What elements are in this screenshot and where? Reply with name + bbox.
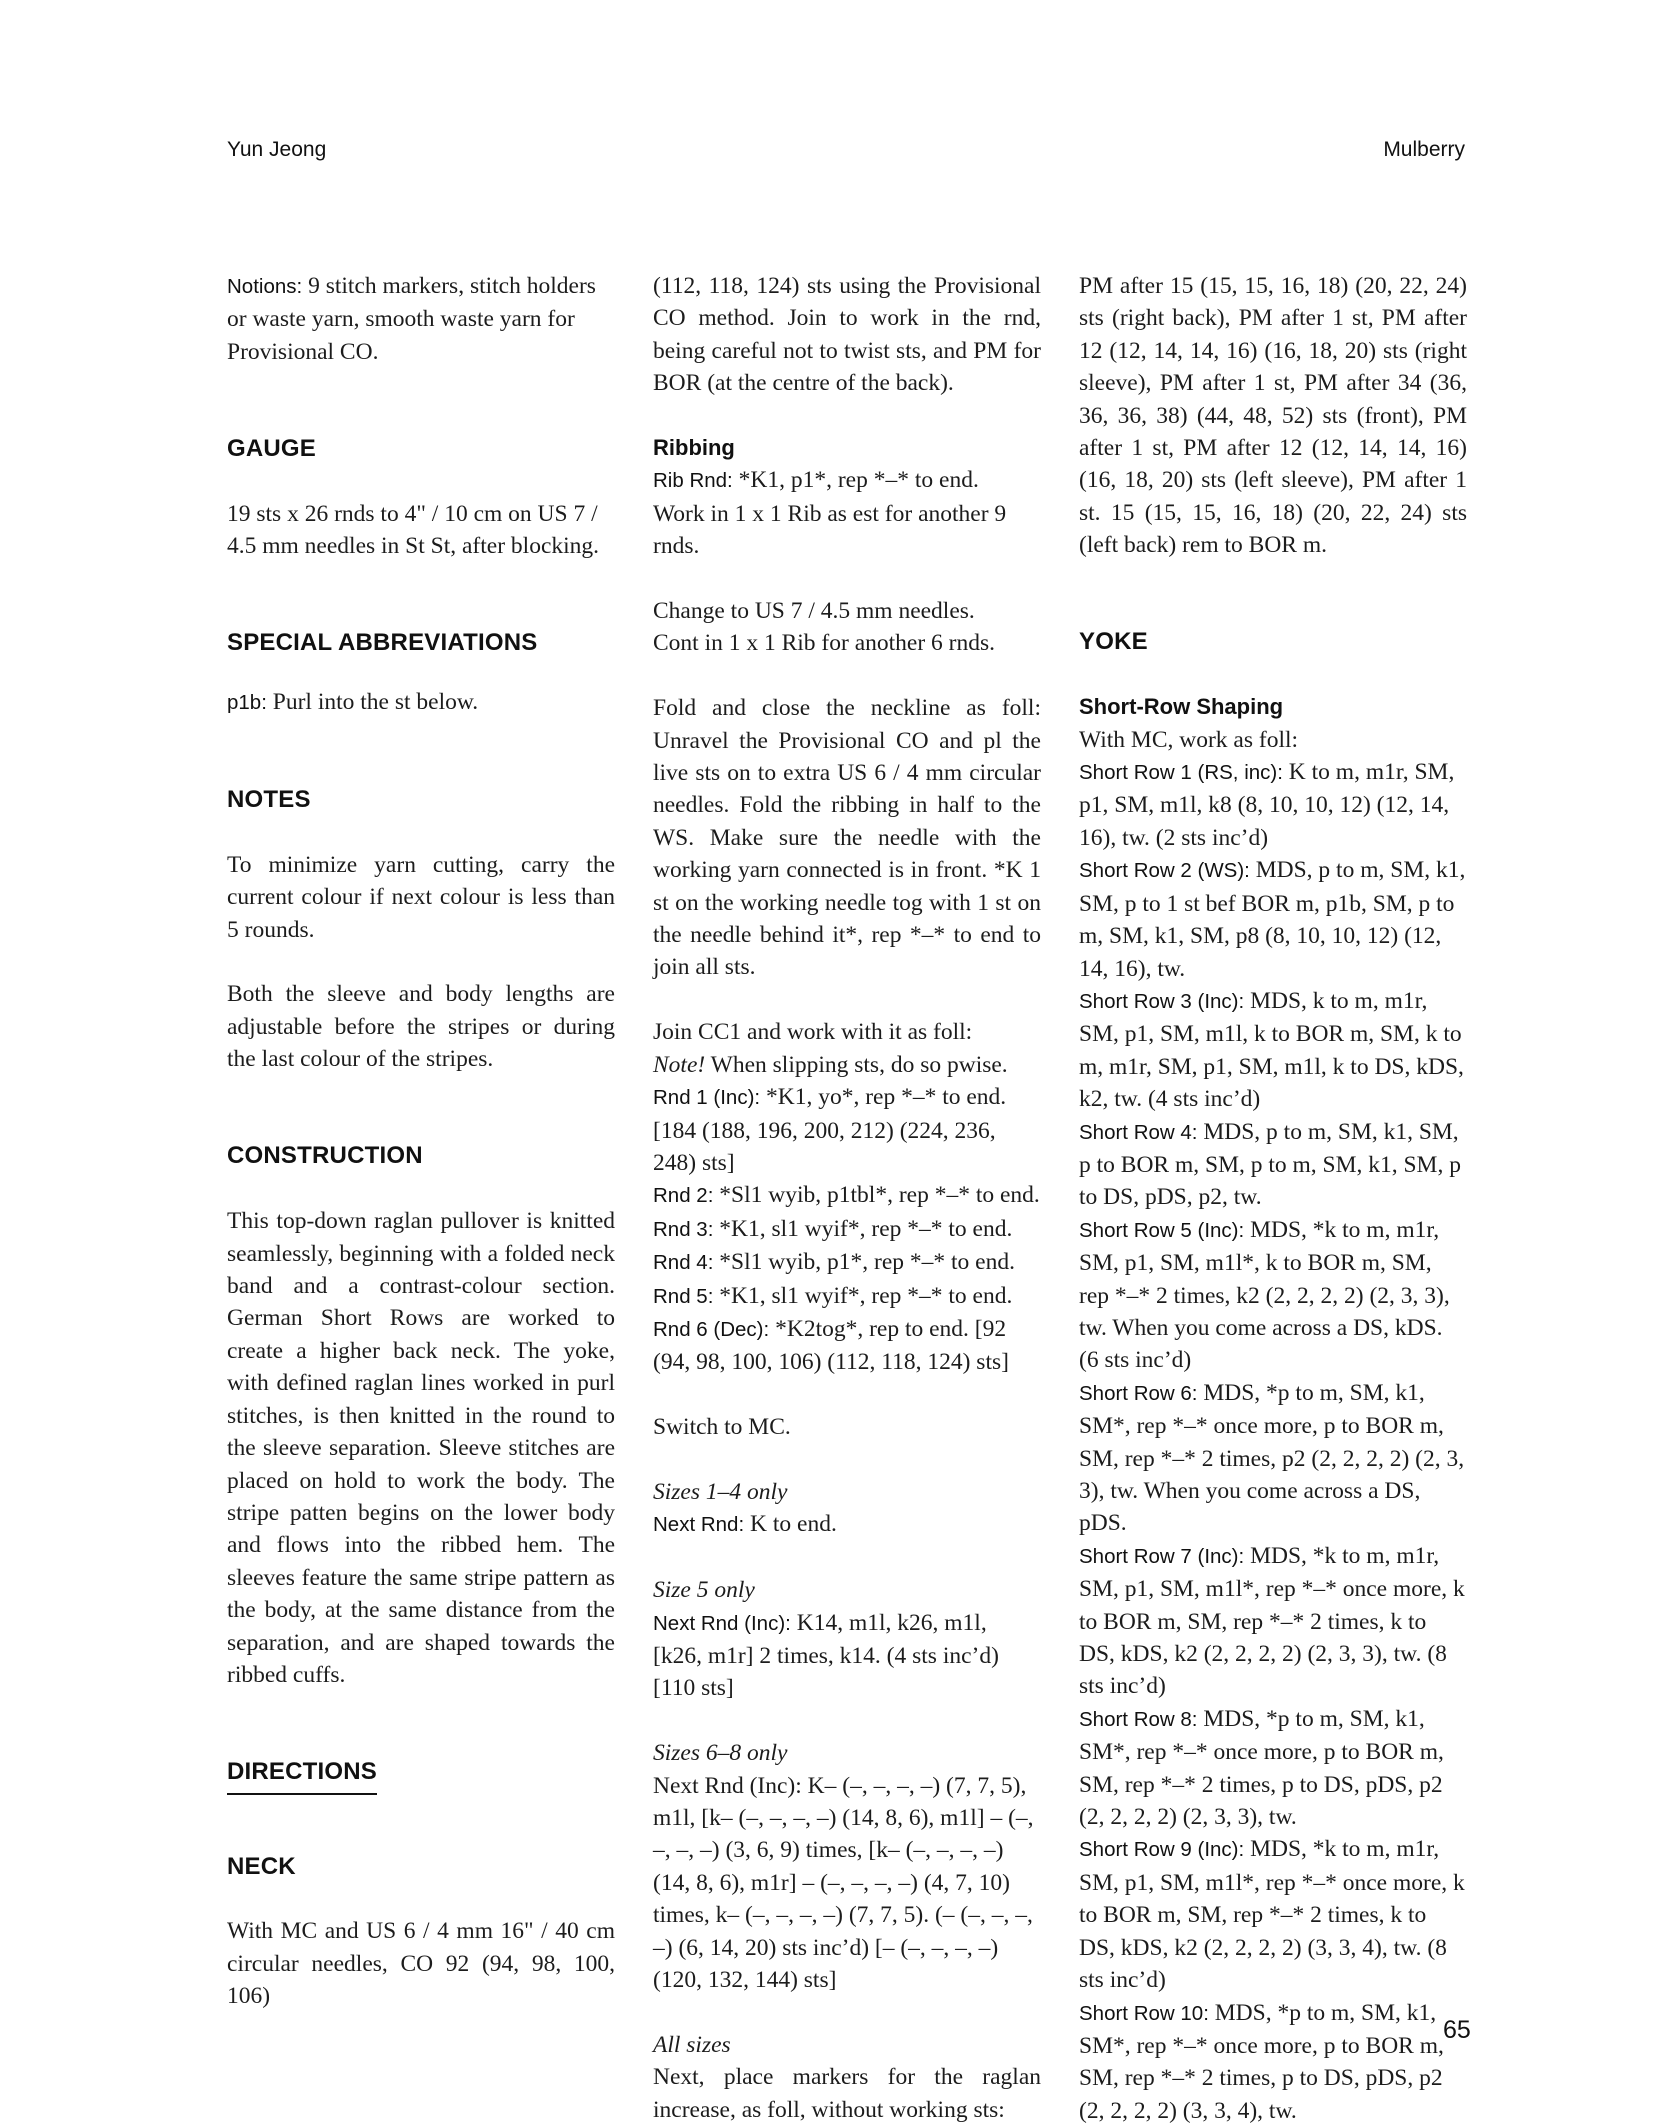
all-sizes-heading: All sizes bbox=[653, 2029, 1041, 2061]
size-5-round: Next Rnd (Inc): K14, m1l, k26, m1l, [k26… bbox=[653, 1607, 1041, 1705]
special-abbreviations-heading: SPECIAL ABBREVIATIONS bbox=[227, 627, 615, 659]
construction-heading: CONSTRUCTION bbox=[227, 1140, 615, 1172]
sizes-6-8-heading: Sizes 6–8 only bbox=[653, 1737, 1041, 1769]
abbreviation-p1b: p1b: Purl into the st below. bbox=[227, 686, 615, 719]
column-2: (112, 118, 124) sts using the Provisiona… bbox=[653, 270, 1041, 2126]
continue-rib: Cont in 1 x 1 Rib for another 6 rnds. bbox=[653, 627, 1041, 659]
yoke-heading: YOKE bbox=[1079, 626, 1467, 658]
short-row-6: Short Row 6: MDS, *p to m, SM, k1, SM*, … bbox=[1079, 1377, 1467, 1540]
round-1: Rnd 1 (Inc): *K1, yo*, rep *–* to end. [… bbox=[653, 1081, 1041, 1179]
notions-label: Notions: bbox=[227, 275, 302, 298]
neck-heading: NECK bbox=[227, 1851, 615, 1883]
construction-text: This top-down raglan pullover is knitted… bbox=[227, 1205, 615, 1691]
short-row-10: Short Row 10: MDS, *p to m, SM, k1, SM*,… bbox=[1079, 1997, 1467, 2126]
directions-heading: DIRECTIONS bbox=[227, 1756, 615, 1794]
marker-placement: PM after 15 (15, 15, 16, 18) (20, 22, 24… bbox=[1079, 270, 1467, 562]
page-number: 65 bbox=[1443, 2016, 1471, 2045]
ribbing-heading: Ribbing bbox=[653, 432, 1041, 464]
round-4: Rnd 4: *Sl1 wyib, p1*, rep *–* to end. bbox=[653, 1246, 1041, 1279]
short-row-5: Short Row 5 (Inc): MDS, *k to m, m1r, SM… bbox=[1079, 1214, 1467, 1377]
short-row-intro: With MC, work as foll: bbox=[1079, 724, 1467, 756]
short-row-1: Short Row 1 (RS, inc): K to m, m1r, SM, … bbox=[1079, 756, 1467, 854]
round-5: Rnd 5: *K1, sl1 wyif*, rep *–* to end. bbox=[653, 1280, 1041, 1313]
gauge-text: 19 sts x 26 rnds to 4" / 10 cm on US 7 /… bbox=[227, 498, 615, 563]
join-cc1: Join CC1 and work with it as foll: bbox=[653, 1016, 1041, 1048]
short-row-7: Short Row 7 (Inc): MDS, *k to m, m1r, SM… bbox=[1079, 1540, 1467, 1703]
gauge-heading: GAUGE bbox=[227, 433, 615, 465]
round-2: Rnd 2: *Sl1 wyib, p1tbl*, rep *–* to end… bbox=[653, 1179, 1041, 1212]
short-row-4: Short Row 4: MDS, p to m, SM, k1, SM, p … bbox=[1079, 1116, 1467, 1214]
notes-paragraph-1: To minimize yarn cutting, carry the curr… bbox=[227, 849, 615, 946]
size-5-heading: Size 5 only bbox=[653, 1574, 1041, 1606]
neck-continued: (112, 118, 124) sts using the Provisiona… bbox=[653, 270, 1041, 400]
notes-paragraph-2: Both the sleeve and body lengths are adj… bbox=[227, 978, 615, 1075]
switch-mc: Switch to MC. bbox=[653, 1411, 1041, 1443]
running-head-title: Mulberry bbox=[1383, 138, 1465, 162]
notes-heading: NOTES bbox=[227, 784, 615, 816]
short-row-3: Short Row 3 (Inc): MDS, k to m, m1r, SM,… bbox=[1079, 985, 1467, 1116]
fold-instructions: Fold and close the neckline as foll: Unr… bbox=[653, 692, 1041, 984]
short-row-shaping-heading: Short-Row Shaping bbox=[1079, 691, 1467, 723]
round-3: Rnd 3: *K1, sl1 wyif*, rep *–* to end. bbox=[653, 1213, 1041, 1246]
running-head-author: Yun Jeong bbox=[227, 138, 326, 162]
all-sizes-text: Next, place markers for the raglan incre… bbox=[653, 2061, 1041, 2126]
sizes-1-4-round: Next Rnd: K to end. bbox=[653, 1508, 1041, 1541]
round-6: Rnd 6 (Dec): *K2tog*, rep to end. [92 (9… bbox=[653, 1313, 1041, 1379]
sizes-6-8-round: Next Rnd (Inc): K– (–, –, –, –) (7, 7, 5… bbox=[653, 1770, 1041, 1997]
slip-note: Note! When slipping sts, do so pwise. bbox=[653, 1049, 1041, 1081]
change-needles: Change to US 7 / 4.5 mm needles. bbox=[653, 595, 1041, 627]
short-row-9: Short Row 9 (Inc): MDS, *k to m, m1r, SM… bbox=[1079, 1833, 1467, 1996]
short-row-8: Short Row 8: MDS, *p to m, SM, k1, SM*, … bbox=[1079, 1703, 1467, 1834]
notions: Notions: 9 stitch markers, stitch holder… bbox=[227, 270, 615, 368]
sizes-1-4-heading: Sizes 1–4 only bbox=[653, 1476, 1041, 1508]
neck-text: With MC and US 6 / 4 mm 16" / 40 cm circ… bbox=[227, 1915, 615, 2012]
column-3: PM after 15 (15, 15, 16, 18) (20, 22, 24… bbox=[1079, 270, 1467, 2126]
short-row-2: Short Row 2 (WS): MDS, p to m, SM, k1, S… bbox=[1079, 854, 1467, 985]
rib-round: Rib Rnd: *K1, p1*, rep *–* to end. bbox=[653, 464, 1041, 497]
column-1: Notions: 9 stitch markers, stitch holder… bbox=[227, 270, 615, 2013]
rib-work: Work in 1 x 1 Rib as est for another 9 r… bbox=[653, 498, 1041, 563]
